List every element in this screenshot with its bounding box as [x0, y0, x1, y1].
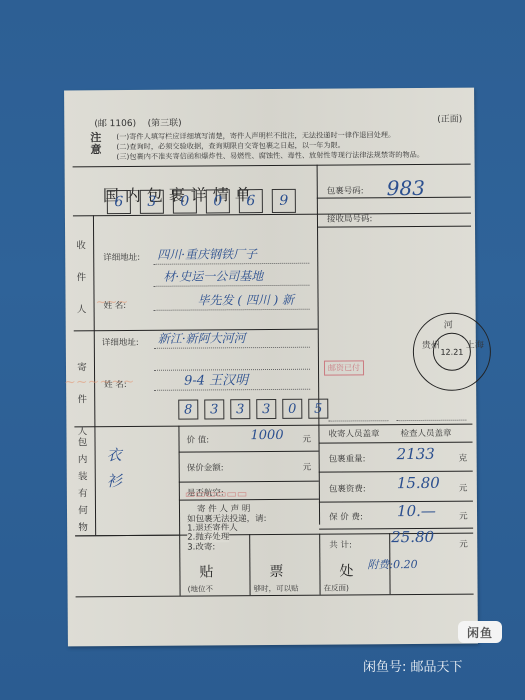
insurance-fee-label: 保 价 费: — [329, 510, 363, 522]
declaration-option-3: 3.改寄: — [187, 540, 215, 552]
divider — [179, 535, 180, 596]
contents-side-label: 包内装有何物 — [76, 434, 89, 536]
inspector-stamp-header: 检查人员盖章 — [400, 427, 451, 439]
recipient-name-value: 毕先发 ( 四川 ) 新 — [197, 291, 294, 309]
postage-value: 15.80 — [397, 474, 440, 492]
stamp-area-note-2: 够时，可以贴 — [254, 583, 299, 594]
postmark-stamp: 12.21 贵州 河 上海 — [413, 312, 492, 391]
stamp-area-char-2: 票 — [269, 561, 283, 581]
sender-address-line1: 新江·新阿大河河 — [158, 329, 246, 347]
dotted-line — [154, 347, 310, 349]
extra-fee-note: 附费:0.20 — [367, 556, 417, 572]
divider — [249, 534, 250, 595]
divider — [179, 451, 319, 453]
form-code: (邮 1106) (第三联) — [94, 116, 181, 130]
postcode-digit: 0 — [173, 190, 197, 214]
price-value: 1000 — [250, 428, 283, 443]
postcode-digit: 9 — [272, 189, 296, 213]
postmark-text-left: 贵州 — [422, 338, 440, 351]
weight-label: 包裹重量: — [329, 452, 366, 464]
postcode-digit: 3 — [230, 399, 250, 419]
red-ink-mark: ~~~ — [95, 295, 128, 310]
postmark-text-top: 河 — [444, 318, 453, 331]
dotted-line — [154, 309, 310, 311]
price-unit: 元 — [302, 433, 311, 445]
divider — [178, 426, 180, 535]
divider — [319, 534, 320, 595]
divider — [76, 594, 474, 598]
watermark-text: 闲鱼号: 邮品天下 — [363, 656, 463, 675]
postcode-digit: 6 — [107, 190, 131, 214]
stamp-area-char-3: 处 — [339, 560, 353, 580]
total-label: 共 计: — [329, 538, 352, 550]
sender-postcode: 8 3 3 3 0 5 — [178, 399, 328, 420]
receiver-stamp-header: 收寄人员盖章 — [328, 427, 379, 439]
dotted-line — [153, 263, 309, 265]
xianyu-logo: 闲鱼 — [458, 621, 502, 643]
postcode-digit: 6 — [239, 189, 263, 213]
divider — [319, 471, 473, 473]
recipient-address-label: 详细地址: — [103, 251, 140, 263]
postage-unit: 元 — [459, 482, 468, 494]
divider — [73, 164, 471, 168]
postcode-digit: 5 — [308, 399, 328, 419]
receiving-office-label: 接收局号码: — [327, 212, 372, 224]
total-value: 25.80 — [391, 528, 434, 546]
insured-unit: 元 — [303, 461, 312, 473]
postmark-text-right: 上海 — [466, 338, 484, 351]
note-3: (三)包裹内不准夹寄信函和爆炸性、易燃性、腐蚀性、毒性、放射性等现行法律法规禁寄… — [116, 150, 424, 162]
parcel-number-label: 包裹号码: — [327, 184, 364, 196]
weight-value: 2133 — [397, 445, 435, 463]
dotted-line — [153, 285, 309, 287]
postcode-digit: 8 — [178, 400, 198, 420]
dotted-line — [328, 420, 388, 421]
notes-label: 注意 — [90, 132, 102, 156]
sender-name-value: 9-4 王汉明 — [184, 369, 248, 388]
price-label: 价 值: — [186, 433, 209, 445]
stamp-area-char-1: 贴 — [199, 561, 213, 581]
postcode-digit: 3 — [140, 190, 164, 214]
red-stamp-mark: ▭▭▭▭▭▭ — [185, 487, 247, 500]
postcode-digit: 3 — [204, 399, 224, 419]
parcel-form: (邮 1106) (第三联) (正面) 注意 (一)寄件人填写栏应详细填写清楚，… — [64, 88, 478, 647]
postage-label: 包裹资费: — [329, 482, 366, 494]
recipient-address-line2: 材·史运一公司基地 — [163, 267, 263, 285]
postcode-digit: 0 — [282, 399, 302, 419]
divider — [75, 535, 179, 537]
divider — [319, 442, 473, 444]
postcode-digit: 0 — [206, 189, 230, 213]
red-ink-mark: ~~~~~~ — [64, 374, 135, 390]
recipient-side-label: 收件人 — [75, 230, 88, 326]
form-side: (正面) — [437, 112, 462, 125]
stamp-area-note-1: (地位不 — [188, 583, 214, 594]
stamp-area-note-3: 在反面) — [324, 582, 350, 593]
weight-unit: 克 — [459, 452, 468, 464]
red-seal-stamp: 邮资已付 — [324, 360, 364, 375]
postcode-digit: 3 — [256, 399, 276, 419]
dotted-line — [396, 420, 466, 421]
insurance-fee-value: 10.— — [397, 502, 436, 520]
divider — [319, 501, 473, 503]
contents-value: 衣 衫 — [107, 442, 127, 494]
form-copy-text: (第三联) — [148, 119, 182, 129]
total-unit: 元 — [459, 538, 468, 550]
sender-address-label: 详细地址: — [102, 336, 139, 348]
notes-list: (一)寄件人填写栏应详细填写清楚，寄件人声明栏不批注，无法投递时一律作退回处理。… — [116, 130, 424, 162]
insurance-fee-unit: 元 — [459, 510, 468, 522]
recipient-postcode: 6 3 0 0 6 9 — [107, 189, 296, 214]
divider — [317, 226, 471, 228]
insured-label: 保价金额: — [187, 461, 224, 473]
divider — [179, 481, 319, 483]
recipient-address-line1: 四川·重庆钢铁厂子 — [157, 245, 257, 263]
dotted-line — [154, 389, 310, 391]
form-code-text: (邮 1106) — [94, 119, 136, 129]
parcel-number-value: 983 — [387, 176, 425, 200]
